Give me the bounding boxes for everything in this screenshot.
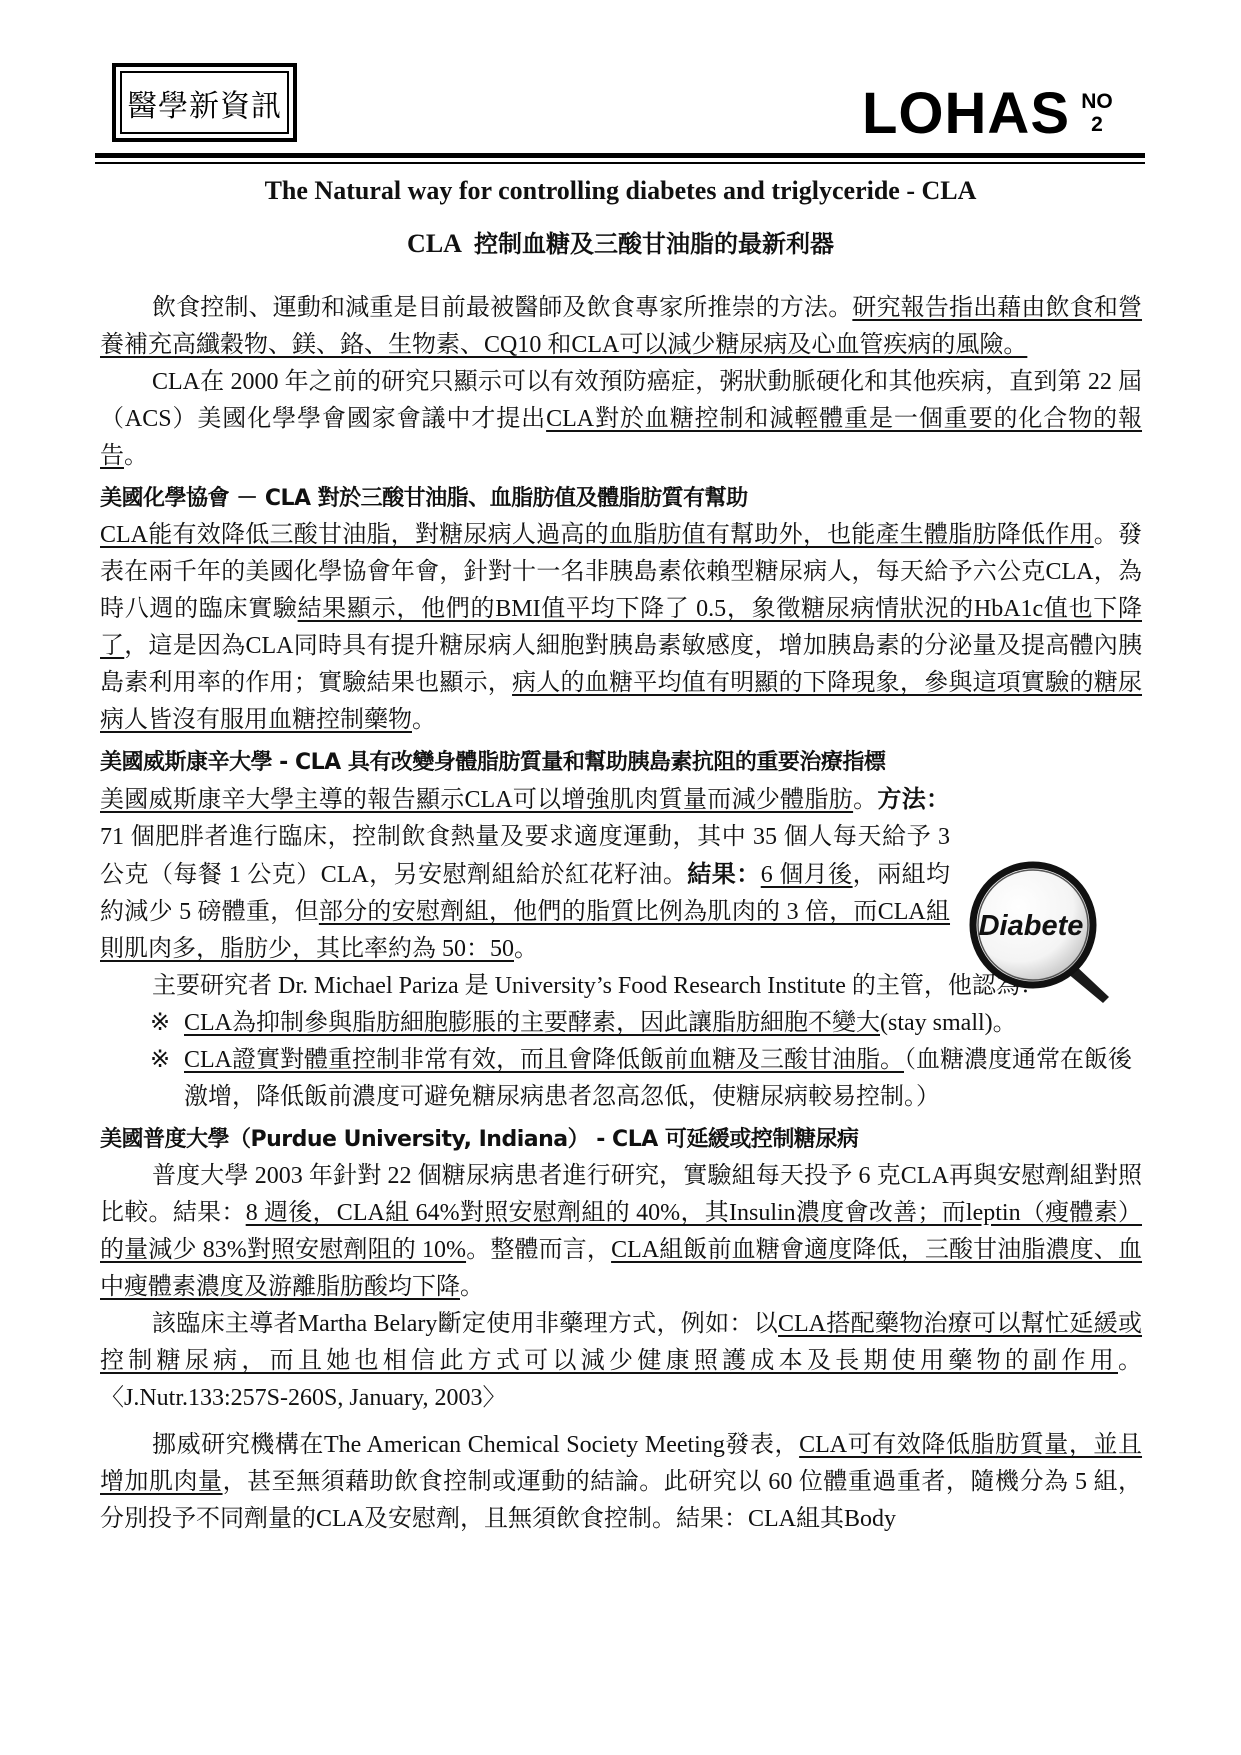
section-label: 醫學新資訊 — [127, 81, 282, 125]
paragraph: 飲食控制、運動和減重是目前最被醫師及飲食專家所推崇的方法。研究報告指出藉由飲食和… — [100, 290, 1142, 364]
svg-text:Diabete: Diabete — [979, 910, 1084, 942]
paragraph: CLA在 2000 年之前的研究只顯示可以有效預防癌症，粥狀動脈硬化和其他疾病，… — [100, 364, 1142, 475]
text-run: ，甚至無須藉助飲食控制或運動的結論。此研究以 60 位體重過重者，隨機分為 5 … — [100, 1469, 1142, 1532]
section-label-inner-frame: 醫學新資訊 — [120, 71, 289, 134]
paragraph: 該臨床主導者Martha Belary斷定使用非藥理方式，例如：以CLA搭配藥物… — [100, 1306, 1142, 1417]
issue-number: NO 2 — [1077, 90, 1117, 136]
section-heading-org: 美國普度大學（Purdue University, Indiana） — [100, 1127, 589, 1152]
section-heading-topic: - CLA 具有改變身體脂肪質量和幫助胰島素抗阻的重要治療指標 — [272, 750, 885, 775]
paragraph: 挪威研究機構在The American Chemical Society Mee… — [100, 1427, 1142, 1538]
reference-mark-icon: ※ — [150, 1005, 184, 1042]
title-chinese: CLA控制血糖及三酸甘油脂的最新利器 — [0, 228, 1241, 260]
spacer — [100, 1417, 1142, 1427]
title-chinese-text: 控制血糖及三酸甘油脂的最新利器 — [474, 230, 834, 258]
underlined-text: CLA證實對體重控制非常有效，而且會降低飯前血糖及三酸甘油脂。 — [184, 1047, 904, 1073]
brand-logo: LOHAS — [862, 84, 1070, 144]
bullet-item: ※CLA證實對體重控制非常有效，而且會降低飯前血糖及三酸甘油脂。（血糖濃度通常在… — [100, 1042, 1142, 1116]
title-chinese-prefix: CLA — [407, 229, 462, 258]
section-heading: 美國化學協會 － CLA 對於三酸甘油脂、血脂肪值及體脂肪質有幫助 — [100, 481, 1142, 517]
section-heading: 美國威斯康辛大學 - CLA 具有改變身體脂肪質量和幫助胰島素抗阻的重要治療指標 — [100, 745, 1142, 781]
text-run: 。 — [412, 707, 436, 733]
paragraph: CLA能有效降低三酸甘油脂，對糖尿病人過高的血脂肪值有幫助外，也能產生體脂肪降低… — [100, 517, 1142, 739]
issue-value: 2 — [1077, 113, 1117, 136]
magnifier-diabetes-icon: Diabete — [963, 855, 1113, 1005]
section-heading-org: 美國威斯康辛大學 — [100, 750, 272, 775]
header-rule-thin — [95, 162, 1145, 164]
text-run: 。 — [853, 787, 877, 813]
section-label-box: 醫學新資訊 — [112, 63, 297, 142]
issue-label: NO — [1077, 90, 1117, 113]
text-run: 。 — [124, 443, 148, 469]
paragraph: 普度大學 2003 年針對 22 個糖尿病患者進行研究，實驗組每天投予 6 克C… — [100, 1158, 1142, 1306]
paragraph: 美國威斯康辛大學主導的報告顯示CLA可以增強肌肉質量而減少體脂肪。方法：71 個… — [100, 781, 950, 968]
header-rule-thick — [95, 153, 1145, 158]
underlined-text: CLA為抑制參與脂肪細胞膨脹的主要酵素，因此讓脂肪細胞不變大 — [184, 1010, 880, 1036]
text-run: 飲食控制、運動和減重是目前最被醫師及飲食專家所推崇的方法。 — [152, 295, 852, 321]
section-heading-topic: － CLA 對於三酸甘油脂、血脂肪值及體脂肪質有幫助 — [229, 486, 748, 511]
bullet-item: ※CLA為抑制參與脂肪細胞膨脹的主要酵素，因此讓脂肪細胞不變大(stay sma… — [100, 1005, 1142, 1042]
underlined-text: 美國威斯康辛大學主導的報告顯示CLA可以增強肌肉質量而減少體脂肪 — [100, 787, 853, 813]
bold-label: 方法： — [877, 785, 950, 813]
underlined-text: 6 個月後 — [761, 862, 853, 888]
underlined-text: CLA能有效降低三酸甘油脂，對糖尿病人過高的血脂肪值有幫助外，也能產生體脂肪降低… — [100, 522, 1094, 548]
title-english: The Natural way for controlling diabetes… — [0, 175, 1241, 207]
section-heading-org: 美國化學協會 — [100, 486, 229, 511]
section-heading-topic: - CLA 可延緩或控制糖尿病 — [589, 1127, 858, 1152]
text-run: 。 — [460, 1274, 484, 1300]
text-run: 。 — [514, 936, 538, 962]
bold-label: 結果： — [687, 860, 760, 888]
text-run: 該臨床主導者Martha Belary斷定使用非藥理方式，例如：以 — [152, 1311, 778, 1337]
section-heading: 美國普度大學（Purdue University, Indiana） - CLA… — [100, 1122, 1142, 1158]
reference-mark-icon: ※ — [150, 1042, 184, 1079]
text-run: 主要研究者 Dr. Michael Pariza 是 University’s … — [152, 973, 1044, 999]
text-run: 。整體而言， — [466, 1237, 611, 1263]
text-run: (stay small)。 — [880, 1010, 1017, 1036]
text-run: 挪威研究機構在The American Chemical Society Mee… — [152, 1432, 799, 1458]
